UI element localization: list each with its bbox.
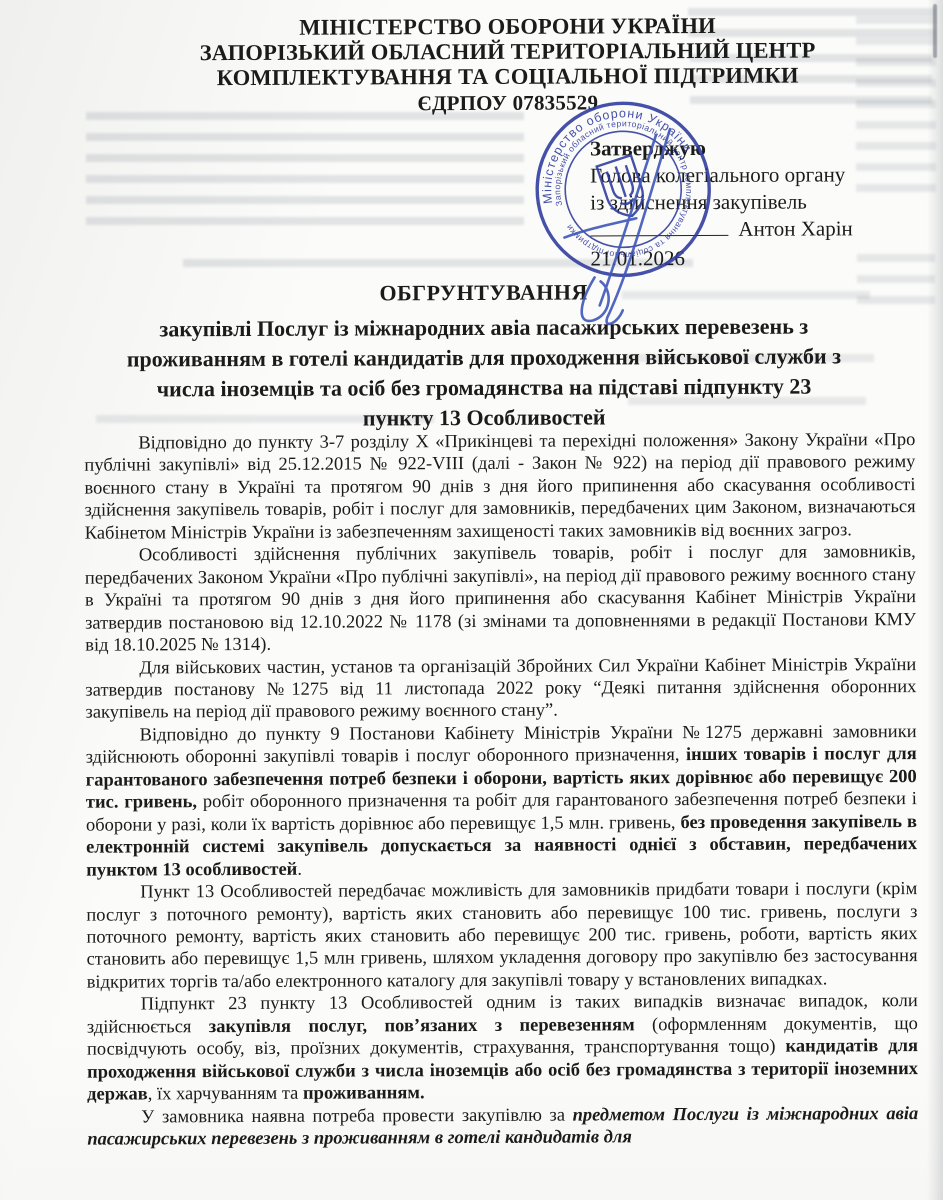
document-content: МІНІСТЕРСТВО ОБОРОНИ УКРАЇНИ ЗАПОРІЗЬКИЙ… bbox=[0, 0, 943, 1200]
title-block: ОБГРУНТУВАННЯ закупівлі Послуг із міжнар… bbox=[84, 278, 885, 434]
document-body: Відповідно до пункту 3-7 розділу X «Прик… bbox=[84, 429, 918, 1151]
paragraph: Для військових частин, установ та органі… bbox=[85, 654, 916, 725]
document-subtitle-line: закупівлі Послуг із міжнародних авіа пас… bbox=[84, 311, 884, 344]
ministry-name: МІНІСТЕРСТВО ОБОРОНИ УКРАЇНИ bbox=[92, 12, 922, 41]
scan-edge-artifact bbox=[933, 4, 937, 58]
paragraph: У замовника наявна потреба провести заку… bbox=[87, 1103, 918, 1152]
signature-scrawl bbox=[536, 127, 752, 343]
edrpou-code: ЄДРПОУ 07835529 bbox=[93, 89, 923, 118]
signer-name: Антон Харін bbox=[738, 216, 852, 240]
document-subtitle-line: числа іноземців та осіб без громадянства… bbox=[84, 371, 884, 404]
document-title: ОБГРУНТУВАННЯ bbox=[84, 278, 884, 307]
scan-page-edge bbox=[927, 0, 943, 1200]
paragraph: Підпункт 23 пункту 13 Особливостей одним… bbox=[87, 990, 918, 1106]
scanned-document-page: МІНІСТЕРСТВО ОБОРОНИ УКРАЇНИ ЗАПОРІЗЬКИЙ… bbox=[0, 0, 943, 1200]
paragraph: Відповідно до пункту 3-7 розділу X «Прик… bbox=[84, 429, 915, 545]
document-header: МІНІСТЕРСТВО ОБОРОНИ УКРАЇНИ ЗАПОРІЗЬКИЙ… bbox=[92, 12, 922, 118]
org-name-line2: КОМПЛЕКТУВАННЯ ТА СОЦІАЛЬНОЇ ПІДТРИМКИ bbox=[93, 62, 923, 91]
paragraph: Особливості здійснення публічних закупів… bbox=[85, 541, 916, 657]
org-name-line1: ЗАПОРІЗЬКИЙ ОБЛАСНИЙ ТЕРИТОРІАЛЬНИЙ ЦЕНТ… bbox=[93, 37, 923, 66]
paragraph: Пункт 13 Особливостей передбачає можливі… bbox=[86, 878, 917, 994]
paragraph: Відповідно до пункту 9 Постанови Кабінет… bbox=[86, 721, 918, 882]
document-subtitle-line: проживанням в готелі кандидатів для прох… bbox=[84, 341, 884, 374]
